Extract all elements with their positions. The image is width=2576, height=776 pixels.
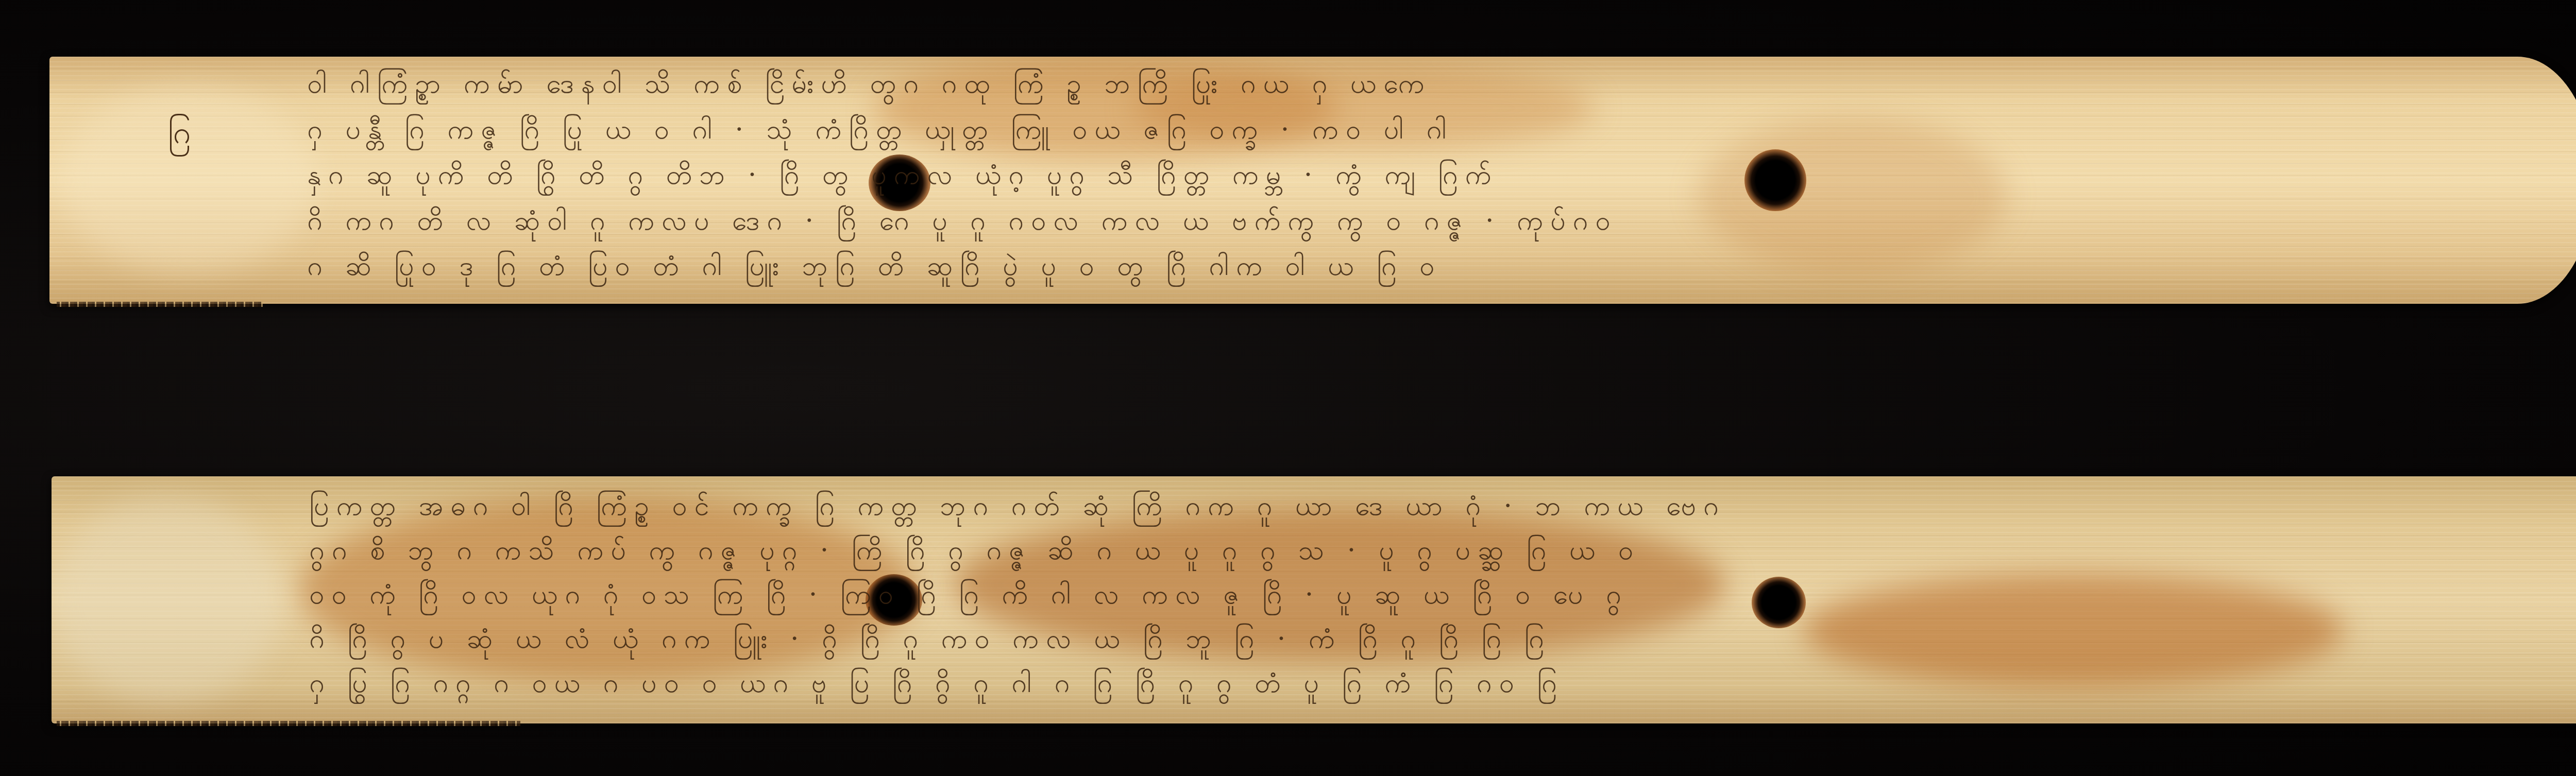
text-line: နှဂ ဆူ ပုကိ တိ ဂြွိ တိ ဂွ တိဘ · ဂြိ တွ ပ…	[307, 158, 2445, 197]
text-line: ဝါ ဂါကြံဥ္စာ ကမ်ာ ဒေနဝါ သိ ကစ် ငြိမ်းဟိ …	[307, 67, 2445, 106]
pale-area	[52, 497, 283, 703]
manuscript-text: ပြကတ္တ အဓဂ ဝါ ဂြိ ကြံဥ္စ ဝင် ကက္ခ ဂြ ကတ္…	[309, 489, 2447, 705]
manuscript-text: ဝါ ဂါကြံဥ္စာ ကမ်ာ ဒေနဝါ သိ ကစ် ငြိမ်းဟိ …	[307, 67, 2445, 288]
folio-number: ဂြ	[168, 113, 191, 159]
palm-leaf-bottom: ပြကတ္တ အဓဂ ဝါ ဂြိ ကြံဥ္စ ဝင် ကက္ခ ဂြ ကတ္…	[52, 476, 2576, 723]
text-line: ဂှ ပြွ ဂြ ဂဂ္ဂ ဂ ဝယ ဂ ပဝ ဝ ယဂ ဗူ ပြ ဂြိ …	[309, 666, 2447, 705]
frayed-edge	[57, 721, 520, 726]
text-line: ဂွဂ စိ ဘွ ဂ ကသိ ကပ် ကွ ဂဇ္ဇ ပုဂ္ဂ · ကြိ …	[309, 533, 2447, 573]
text-line: ဝဝ ကုံ ဂြိ ဝလ ယုဂ ဂုံ ဝသ ကြ ဂြိ · ကြဝ ဂြ…	[309, 578, 2447, 617]
text-line: ပြကတ္တ အဓဂ ဝါ ဂြိ ကြံဥ္စ ဝင် ကက္ခ ဂြ ကတ္…	[309, 489, 2447, 528]
text-line: ဂိ ဂြိ ဂွ ပ ဆုံ ယ လံ ယုံ ဂက ပြူး · ဂွိ ဂ…	[309, 622, 2447, 661]
frayed-edge	[57, 302, 263, 307]
text-line: ဂ ဆိ ပြုဝ ဒု ဂြ တံ ပြဝ တံ ဂါ ပြူး ဘုဂြ တ…	[307, 249, 2445, 288]
text-line: ဂှ ပန္တီ ဂြ ကဇ္ဇ ဂြိ ပြု ယ ဝ ဂါ · သုံ ကံ…	[307, 113, 2445, 152]
text-line: ဂိ ကဂ တိ လ ဆုံဝါ ဂူ ကလပ ဒေဂ · ဂြိ ဂေ ပူ …	[307, 204, 2445, 243]
palm-leaf-top: ဂြ ဝါ ဂါကြံဥ္စာ ကမ်ာ ဒေနဝါ သိ ကစ် ငြိမ်း…	[49, 57, 2576, 304]
